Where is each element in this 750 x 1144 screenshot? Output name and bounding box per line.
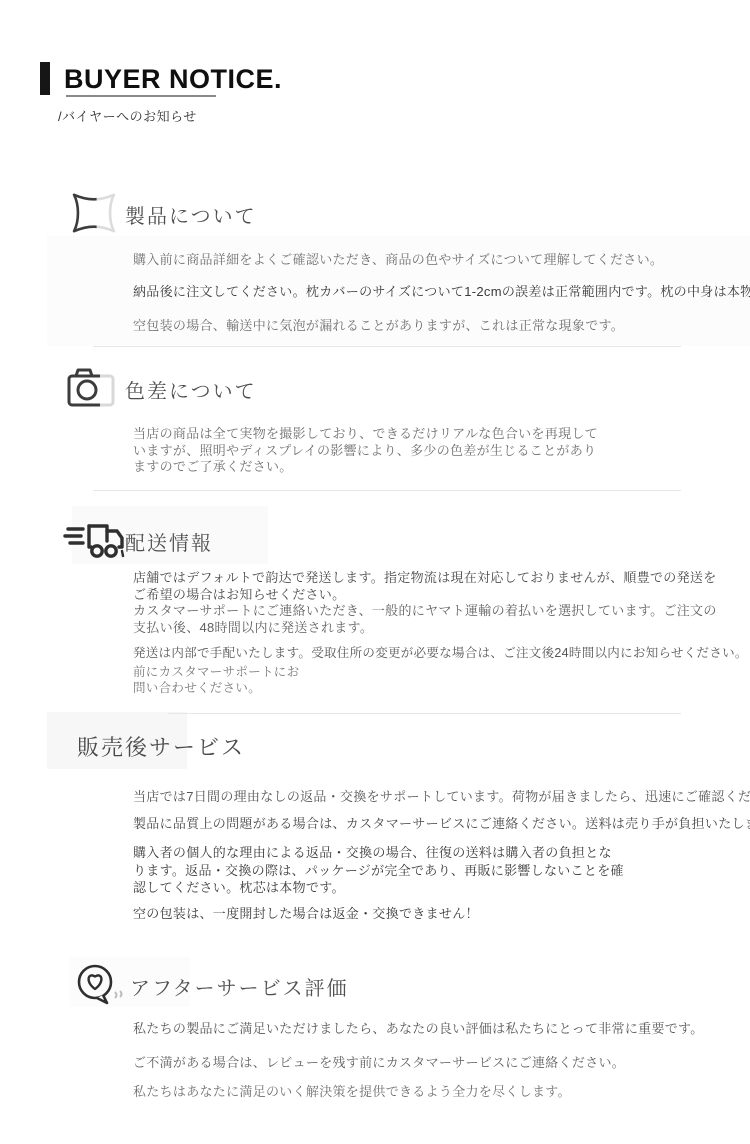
paragraph: 購入者の個人的な理由による返品・交換の場合、往復の送料は購入者の負担となります。… [133,844,625,897]
pillow-icon [68,188,120,238]
paragraph: 私たちの製品にご満足いただけましたら、あなたの良い評価は私たちにとって非常に重要… [133,1021,704,1038]
camera-icon [66,366,118,410]
section-heading-after-sales: 販売後サービス [77,731,245,762]
title-underline [66,95,216,97]
paragraph: 購入前に商品詳細をよくご確認いただき、商品の色やサイズについて理解してください。 [133,252,663,269]
page-subtitle: /バイヤーへのお知らせ [58,106,197,125]
truck-icon [62,518,126,566]
paragraph: 当店の商品は全て実物を撮影しており、できるだけリアルな色合いを再現していますが、… [133,426,601,476]
buyer-notice-page: BUYER NOTICE. /バイヤーへのお知らせ 製品について 購入前に商品詳… [0,0,750,1144]
section-heading-color: 色差について [125,375,257,404]
paragraph: 空の包装は、一度開封した場合は返金・交換できません！ [133,906,479,923]
section-heading-product: 製品について [125,200,257,229]
paragraph: 店舗ではデフォルトで韵达で発送します。指定物流は現在対応しておりませんが、順豊で… [133,569,725,603]
paragraph: 空包装の場合、輸送中に気泡が漏れることがありますが、これは正常な現象です。 [133,318,624,335]
paragraph: 私たちはあなたに満足のいく解決策を提供できるよう全力を尽くします。 [133,1084,571,1101]
paragraph: 当店では7日間の理由なしの返品・交換をサポートしています。荷物が届きましたら、迅… [133,789,750,806]
section-divider [93,346,681,347]
paragraph: カスタマーサポートにご連絡いただき、一般的にヤマト運輸の着払いを選択しています。… [133,602,725,636]
heart-bubble-icon [74,962,130,1008]
paragraph: 発送は内部で手配いたします。受取住所の変更が必要な場合は、ご注文後24時間以内に… [133,645,748,661]
paragraph: 製品に品質上の問題がある場合は、カスタマーサービスにご連絡ください。送料は売り手… [133,816,750,833]
paragraph: 前にカスタマーサポートにお問い合わせください。 [133,665,305,696]
accent-bar [40,62,50,95]
page-title: BUYER NOTICE. [64,64,282,95]
section-divider [93,490,681,491]
section-divider [168,713,681,714]
paragraph: ご不満がある場合は、レビューを残す前にカスタマーサービスにご連絡ください。 [133,1055,625,1072]
section-heading-review: アフターサービス評価 [130,972,349,1001]
paragraph: 納品後に注文してください。枕カバーのサイズについて1-2cmの誤差は正常範囲内で… [133,284,750,301]
section-heading-shipping: 配送情報 [125,527,213,556]
